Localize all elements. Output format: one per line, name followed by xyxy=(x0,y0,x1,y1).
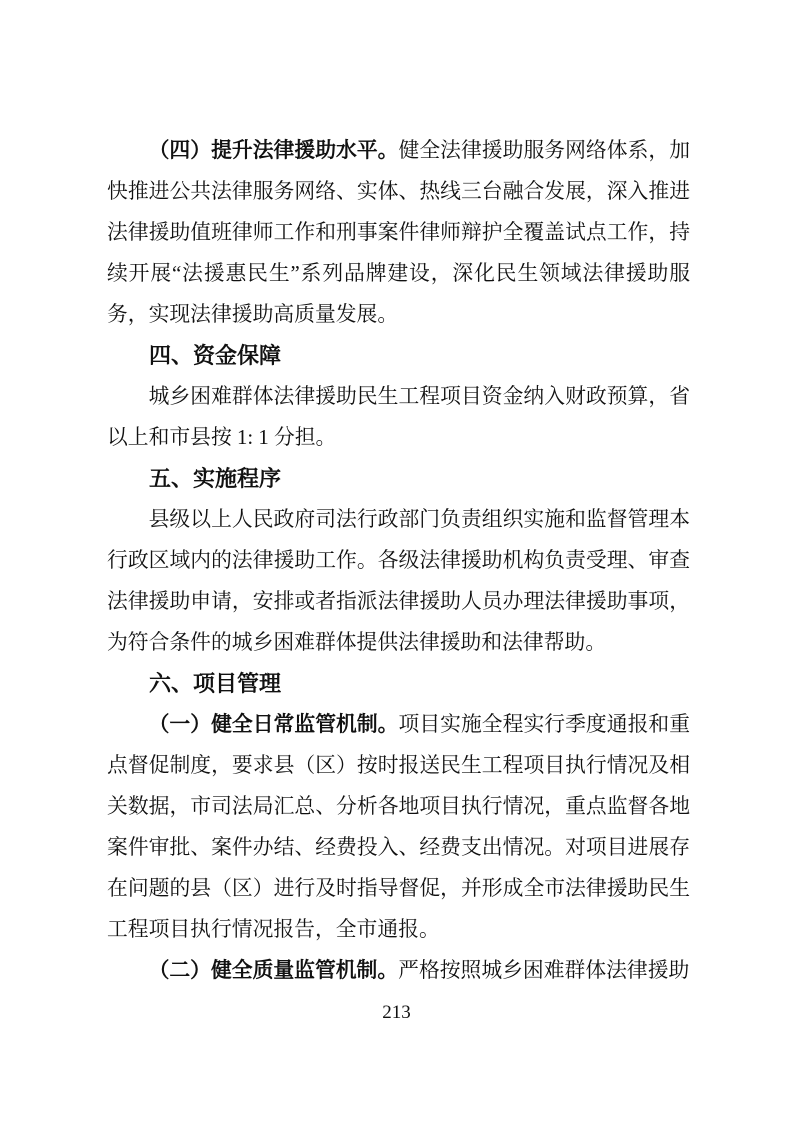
paragraph-improve-legal-aid: （四）提升法律援助水平。健全法律援助服务网络体系，加快推进公共法律服务网络、实体… xyxy=(107,130,690,335)
paragraph-implementation: 县级以上人民政府司法行政部门负责组织实施和监督管理本行政区域内的法律援助工作。各… xyxy=(107,499,690,663)
paragraph-lead-quality-supervision: （二）健全质量监管机制。 xyxy=(149,959,399,982)
paragraph-text-daily-supervision: 项目实施全程实行季度通报和重点督促制度，要求县（区）按时报送民生工程项目执行情况… xyxy=(107,713,690,941)
page-number: 213 xyxy=(0,1000,793,1026)
section-heading-implementation: 五、实施程序 xyxy=(107,458,690,499)
paragraph-quality-supervision: （二）健全质量监管机制。严格按照城乡困难群体法律援助 xyxy=(107,950,690,991)
paragraph-daily-supervision: （一）健全日常监管机制。项目实施全程实行季度通报和重点督促制度，要求县（区）按时… xyxy=(107,704,690,950)
section-heading-project-management: 六、项目管理 xyxy=(107,663,690,704)
paragraph-lead-improve-legal-aid: （四）提升法律援助水平。 xyxy=(149,139,399,162)
paragraph-funding: 城乡困难群体法律援助民生工程项目资金纳入财政预算，省以上和市县按 1: 1 分担… xyxy=(107,376,690,458)
document-body: （四）提升法律援助水平。健全法律援助服务网络体系，加快推进公共法律服务网络、实体… xyxy=(107,130,690,991)
paragraph-lead-daily-supervision: （一）健全日常监管机制。 xyxy=(149,713,399,736)
paragraph-text-improve-legal-aid: 健全法律援助服务网络体系，加快推进公共法律服务网络、实体、热线三台融合发展，深入… xyxy=(107,139,690,326)
section-heading-funding: 四、资金保障 xyxy=(107,335,690,376)
document-page: （四）提升法律援助水平。健全法律援助服务网络体系，加快推进公共法律服务网络、实体… xyxy=(0,0,793,1122)
paragraph-text-quality-supervision: 严格按照城乡困难群体法律援助 xyxy=(398,959,689,982)
